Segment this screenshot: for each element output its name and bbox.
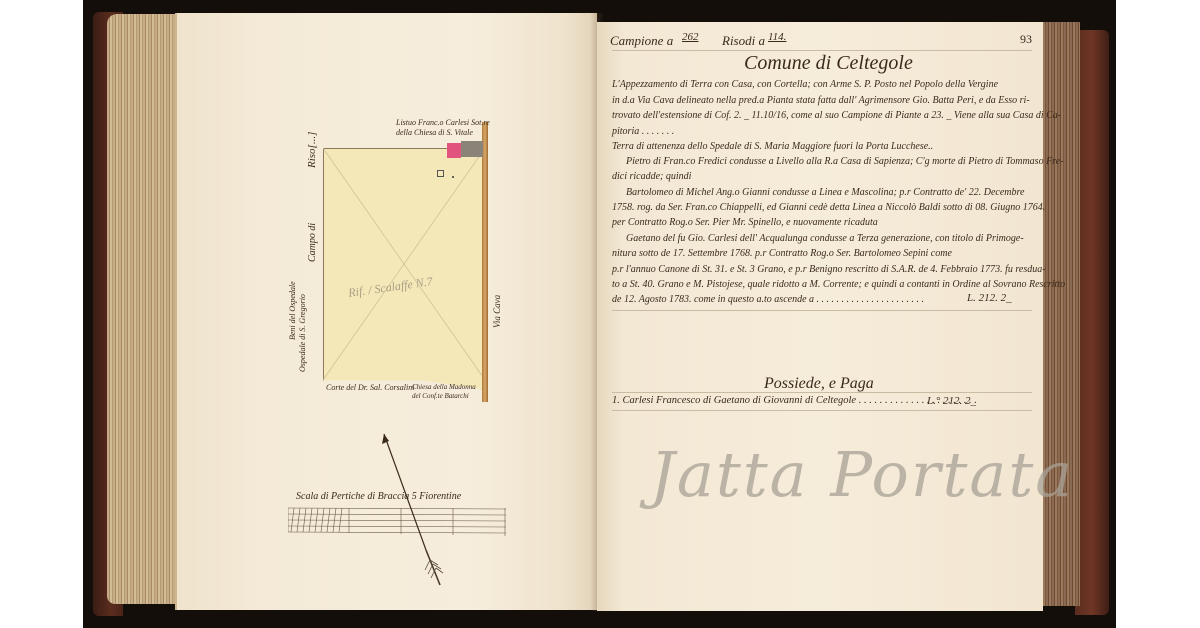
- map-point: [452, 176, 454, 178]
- owner-entry-amount: L.° 212. 2_: [927, 395, 976, 407]
- record-line: Gaetano del fu Gio. Carlesi dell' Acqual…: [626, 233, 1024, 244]
- owner-entry: 1. Carlesi Francesco di Gaetano di Giova…: [612, 395, 977, 406]
- section-title: Possiede, e Paga: [764, 375, 874, 393]
- record-line: L'Appezzamento di Terra con Casa, con Co…: [612, 79, 998, 90]
- map-road-strip: [482, 122, 488, 402]
- record-rule: [612, 310, 1032, 311]
- page-number: 93: [1020, 32, 1032, 47]
- section-rule: [612, 392, 1032, 393]
- map-building-pink: [447, 143, 461, 158]
- campione-label: Campione a: [610, 33, 673, 49]
- riscossi-label: Risodi a: [722, 33, 765, 49]
- book-cover-right: [1075, 30, 1109, 615]
- page-title: Comune di Celtegole: [744, 52, 913, 75]
- header-rule: [612, 50, 1032, 51]
- total-amount: L. 212. 2_: [967, 292, 1012, 304]
- record-line: pitoria . . . . . . .: [612, 126, 674, 137]
- north-arrow-icon: [380, 430, 450, 590]
- map-label-bottom-right: Chiesa della Madonna del Conf.te Batarch…: [412, 383, 478, 401]
- record-line: in d.a Via Cava delineato nella pred.a P…: [612, 95, 1030, 106]
- record-line: Terra di attenenza dello Spedale di S. M…: [612, 141, 933, 152]
- riscossi-value: 114.: [768, 31, 786, 43]
- map-label-bottom-left: Corte del Dr. Sal. Corsalini: [326, 383, 414, 392]
- record-line: trovato dell'estensione di Cof. 2. _ 11.…: [612, 110, 1061, 121]
- record-line: Pietro di Fran.co Fredici condusse a Liv…: [626, 156, 1063, 167]
- record-line: 1758. rog. da Ser. Fran.co Chiappelli, e…: [612, 202, 1045, 213]
- map-label-left-far: Campo di: [307, 223, 318, 262]
- record-line: de 12. Agosto 1783. come in questo a.to …: [612, 294, 924, 305]
- record-line: dici ricadde; quindi: [612, 171, 691, 182]
- map-label-left-inner: Beni del Ospedale: [288, 281, 297, 340]
- campione-value: 262: [682, 31, 699, 43]
- record-line: p.r l'annuo Canone di St. 31. e St. 3 Gr…: [612, 264, 1046, 275]
- pencil-signature: Jatta Portata: [650, 438, 1074, 511]
- record-line: Bartolomeo di Michel Ang.o Gianni condus…: [626, 187, 1024, 198]
- map-label-right: Via Cava: [492, 295, 502, 328]
- map-building-grey: [461, 141, 483, 157]
- record-line: nitura sotto de 17. Settembre 1768. p.r …: [612, 248, 952, 259]
- map-label-top-left: Riso[...]: [306, 132, 318, 168]
- photo-stage: Listuo Franc.o Carlesi Sot.re della Chie…: [0, 0, 1200, 628]
- page-edges-left: [107, 14, 177, 604]
- record-line: to a St. 40. Grano e M. Pistojese, quale…: [612, 279, 1065, 290]
- map-construction-lines: [323, 148, 485, 380]
- entry-rule: [612, 410, 1032, 411]
- map-label-left-outer: Ospedale di S. Gregorio: [298, 294, 307, 372]
- record-line: per Contratto Rog.o Ser. Pier Mr. Spinel…: [612, 217, 878, 228]
- map-label-top: Listuo Franc.o Carlesi Sot.re della Chie…: [396, 118, 491, 138]
- map-well-symbol: [437, 170, 444, 177]
